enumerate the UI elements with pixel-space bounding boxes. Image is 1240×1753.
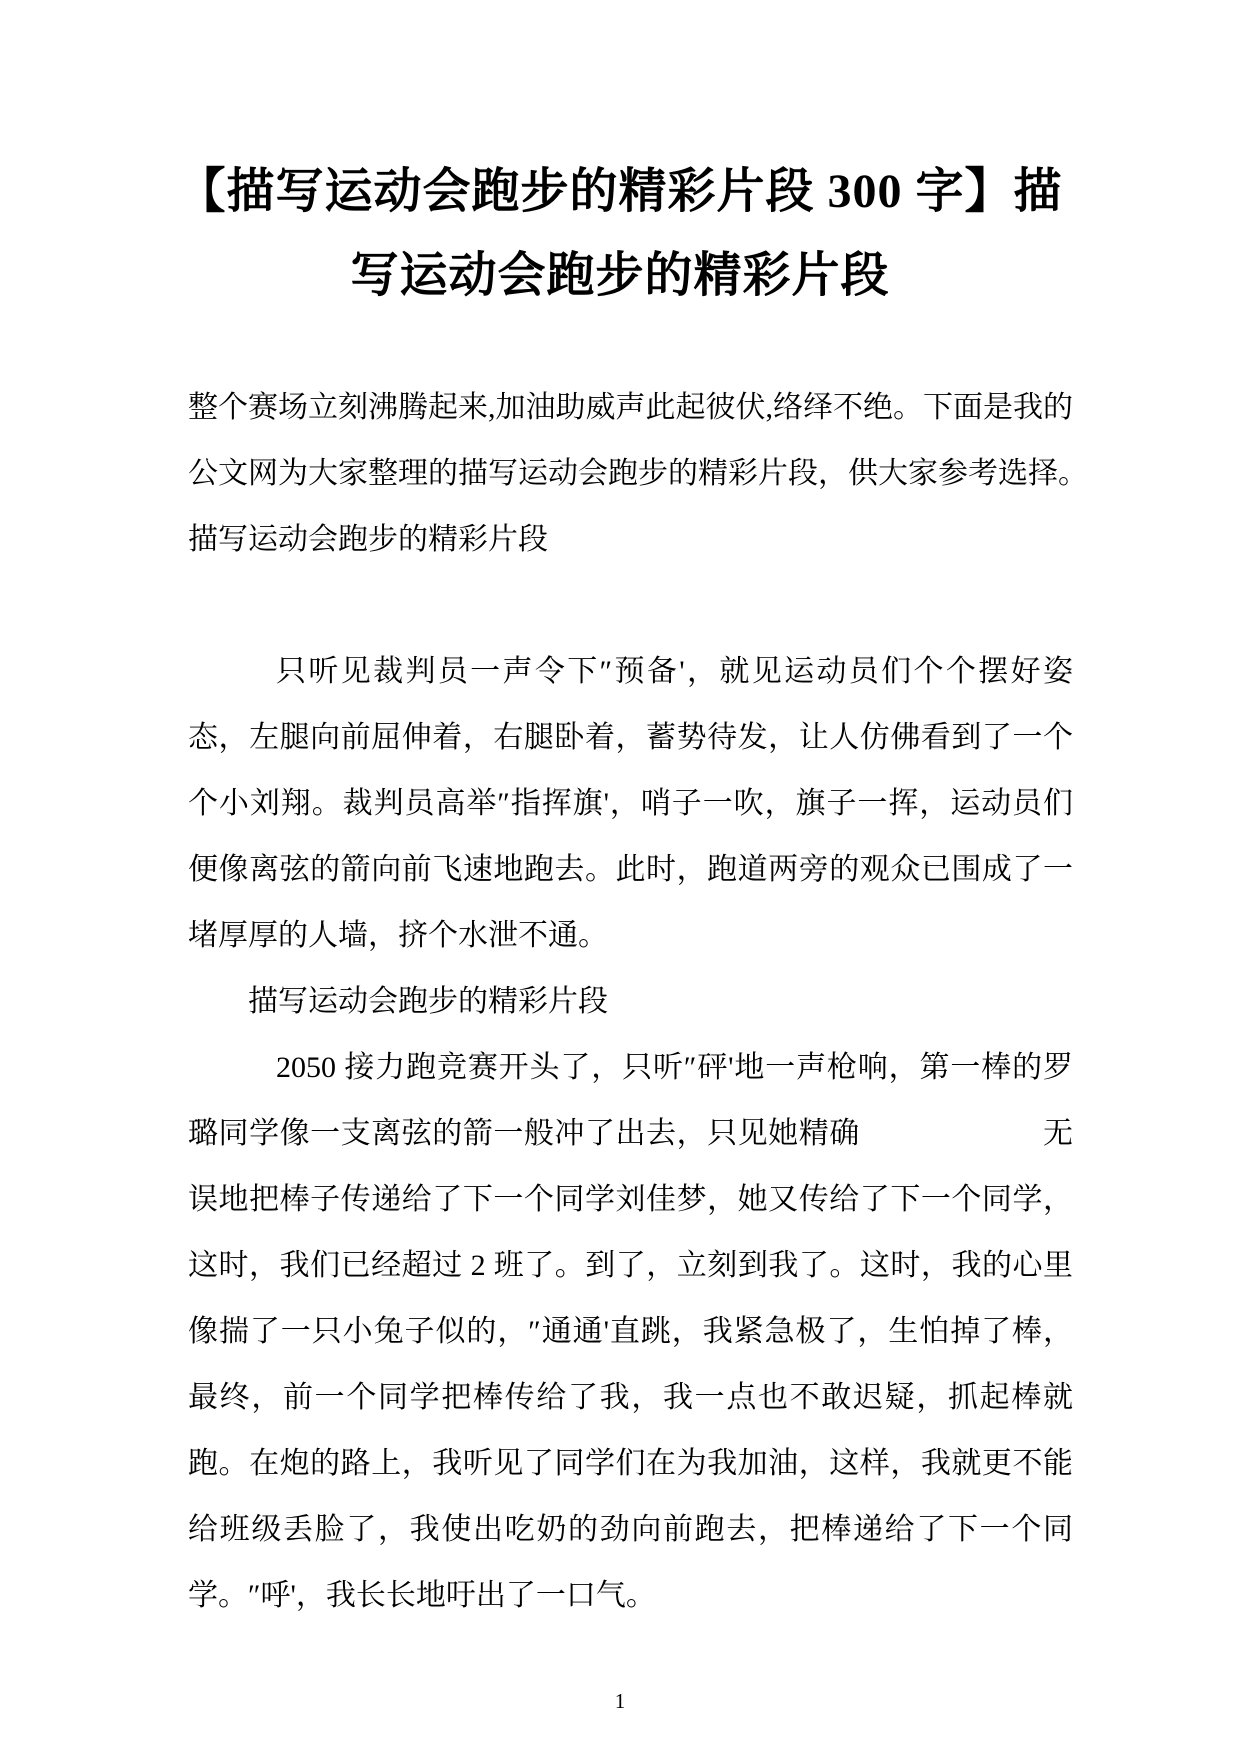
document-title: 【描写运动会跑步的精彩片段 300 字】描写运动会跑步的精彩片段 (160, 150, 1080, 318)
paragraph-intro: 整个赛场立刻沸腾起来,加油助威声此起彼伏,络绎不绝。下面是我的公文网为大家整理的… (188, 375, 1073, 573)
paragraph-scene-2: 2050 接力跑竞赛开头了，只听″砰'地一声枪响，第一棒的罗璐同学像一支离弦的箭… (188, 1035, 1073, 1629)
document-body: 整个赛场立刻沸腾起来,加油助威声此起彼伏,络绎不绝。下面是我的公文网为大家整理的… (188, 375, 1073, 1629)
page-number: 1 (0, 1688, 1240, 1714)
paragraph-subheading: 描写运动会跑步的精彩片段 (188, 969, 1073, 1035)
paragraph-scene-1: 只听见裁判员一声令下″预备'，就见运动员们个个摆好姿态，左腿向前屈伸着，右腿卧着… (188, 639, 1073, 969)
document-page: 【描写运动会跑步的精彩片段 300 字】描写运动会跑步的精彩片段 整个赛场立刻沸… (0, 0, 1240, 1753)
